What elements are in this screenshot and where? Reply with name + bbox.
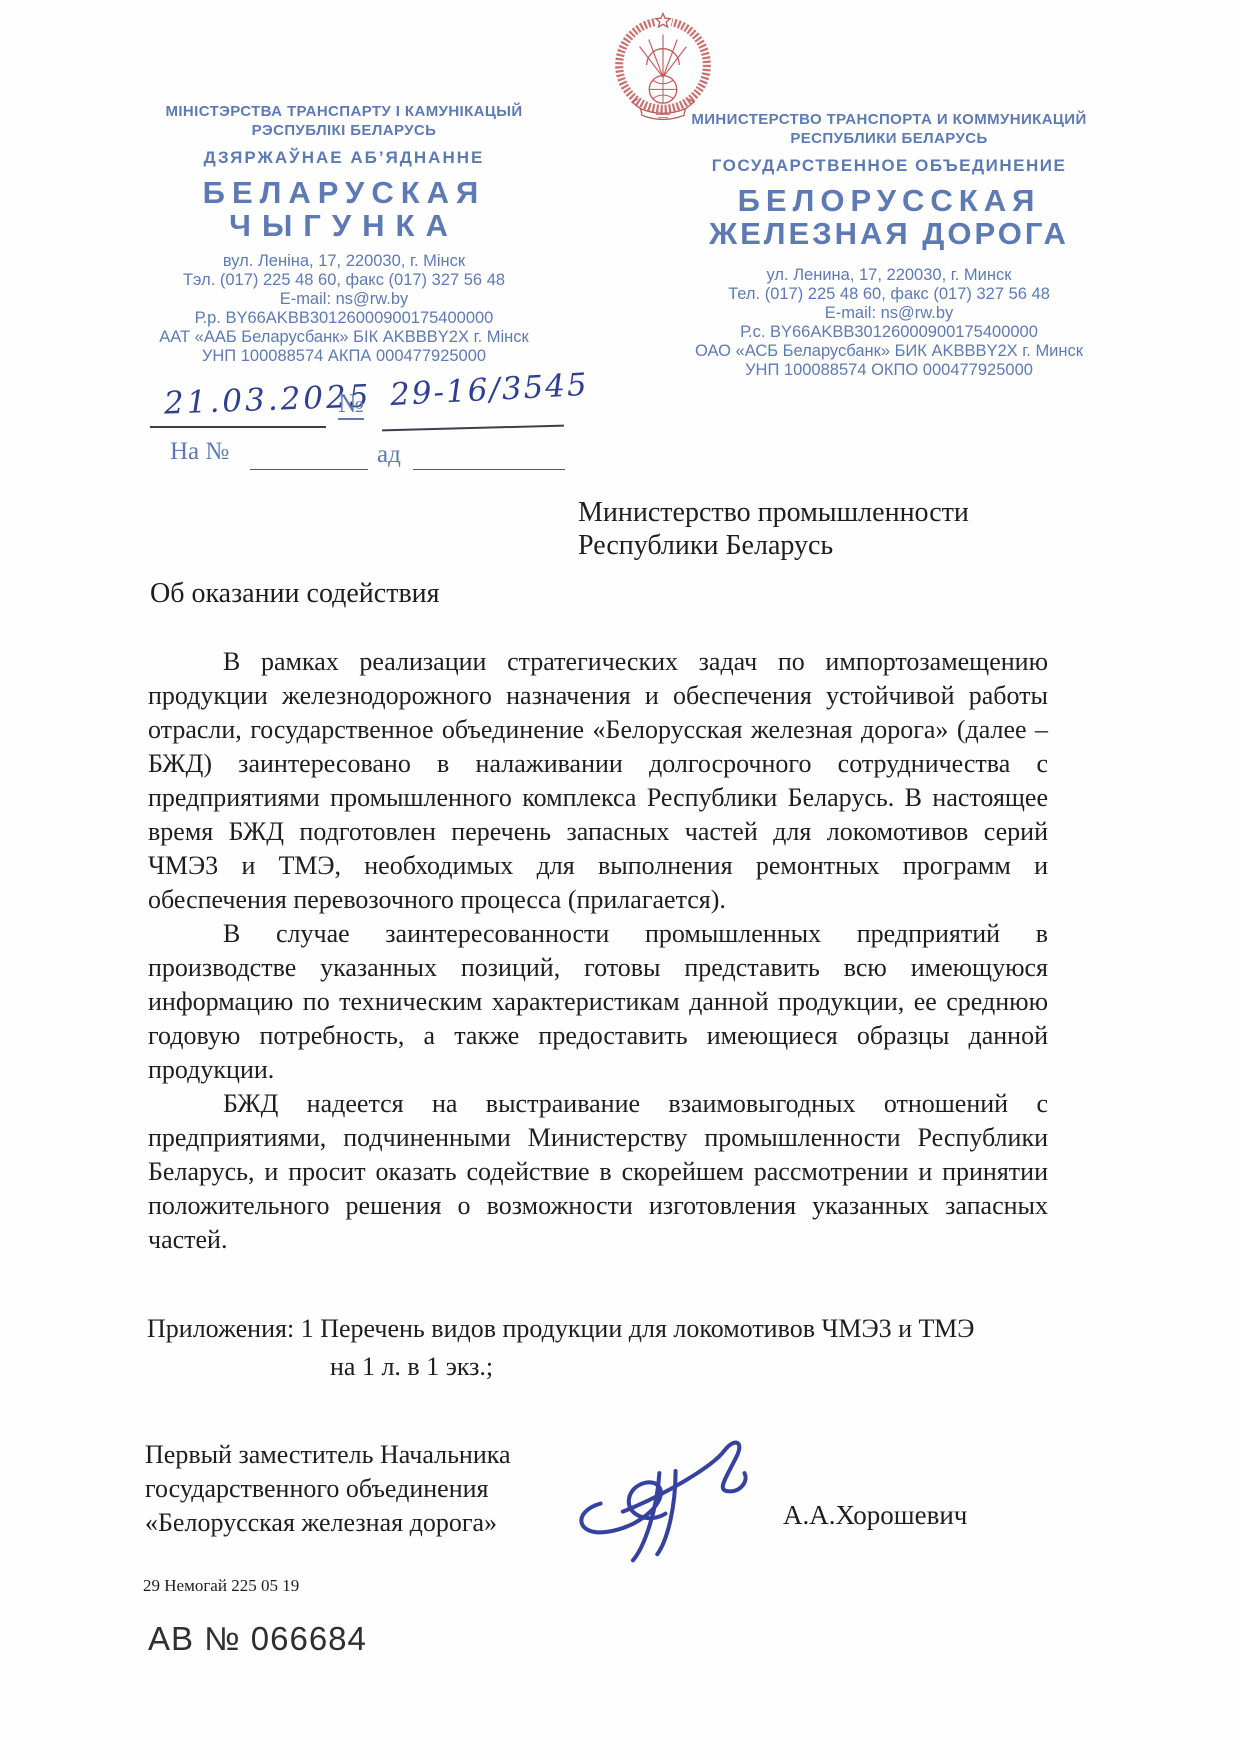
recipient-block: Министерство промышленности Республики Б…: [578, 496, 969, 562]
number-sign: №: [338, 388, 364, 420]
signer-position: Первый заместитель Начальника государств…: [145, 1438, 511, 1540]
org-name-ru-2: ЖЕЛЕЗНАЯ ДОРОГА: [652, 217, 1126, 250]
reply-date-blank: [413, 469, 565, 470]
body-paragraph-1: В рамках реализации стратегических задач…: [148, 645, 1048, 917]
bank-ru: ОАО «АСБ Беларусбанк» БИК AKBBBY2X г. Ми…: [652, 342, 1126, 361]
subject-line: Об оказании содействия: [150, 578, 440, 610]
letter-page: МІНІСТЭРСТВА ТРАНСПАРТУ І КАМУНІКАЦЫЙ РЭ…: [0, 0, 1242, 1755]
belarus-coat-of-arms-icon: [612, 12, 714, 124]
ministry-country-by: РЭСПУБЛІКІ БЕЛАРУСЬ: [128, 121, 560, 140]
address-by: вул. Леніна, 17, 220030, г. Мінск: [128, 252, 560, 271]
reply-to-label: На №: [170, 438, 229, 466]
email-ru: E-mail: ns@rw.by: [652, 304, 1126, 323]
executor-note: 29 Немогай 225 05 19: [143, 1576, 299, 1596]
codes-ru: УНП 100088574 ОКПО 000477925000: [652, 361, 1126, 380]
org-name-ru-1: БЕЛОРУССКАЯ: [652, 184, 1126, 217]
number-underline: [382, 425, 564, 432]
org-name-by-1: БЕЛАРУСКАЯ: [128, 176, 560, 209]
ministry-country-ru: РЕСПУБЛИКИ БЕЛАРУСЬ: [652, 129, 1126, 148]
date-underline: [150, 426, 326, 428]
account-ru: Р.с. BY66AKBB30126000900175400000: [652, 323, 1126, 342]
reply-number-blank: [250, 469, 368, 470]
signer-position-line-2: государственного объединения: [145, 1472, 511, 1506]
signature-ink: [562, 1432, 780, 1570]
phone-ru: Тел. (017) 225 48 60, факс (017) 327 56 …: [652, 285, 1126, 304]
letterhead-form-number: АВ № 066684: [148, 1620, 367, 1658]
account-by: Р.р. BY66AKBB30126000900175400000: [128, 309, 560, 328]
letter-body: В рамках реализации стратегических задач…: [148, 645, 1048, 1257]
letterhead-belarusian: МІНІСТЭРСТВА ТРАНСПАРТУ І КАМУНІКАЦЫЙ РЭ…: [128, 102, 560, 366]
handwritten-outgoing-number: 29-16/3545: [389, 367, 589, 413]
attachment-line-2: на 1 л. в 1 экз.;: [330, 1352, 493, 1382]
attachment-line-1: Приложения: 1 Перечень видов продукции д…: [147, 1314, 974, 1344]
codes-by: УНП 100088574 АКПА 000477925000: [128, 347, 560, 366]
signer-position-line-3: «Белорусская железная дорога»: [145, 1506, 511, 1540]
signer-position-line-1: Первый заместитель Начальника: [145, 1438, 511, 1472]
org-name-by-2: ЧЫГУНКА: [128, 209, 560, 242]
letterhead-russian: МИНИСТЕРСТВО ТРАНСПОРТА И КОММУНИКАЦИЙ Р…: [652, 110, 1126, 380]
association-by: ДЗЯРЖАЎНАЕ АБ’ЯДНАННЕ: [128, 147, 560, 169]
signer-name: А.А.Хорошевич: [783, 1500, 967, 1531]
body-paragraph-3: БЖД надеется на выстраивание взаимовыгод…: [148, 1087, 1048, 1257]
ministry-name-by: МІНІСТЭРСТВА ТРАНСПАРТУ І КАМУНІКАЦЫЙ: [128, 102, 560, 121]
phone-by: Тэл. (017) 225 48 60, факс (017) 327 56 …: [128, 271, 560, 290]
recipient-line-2: Республики Беларусь: [578, 529, 969, 562]
reply-from-label: ад: [377, 441, 401, 469]
body-paragraph-2: В случае заинтересованности промышленных…: [148, 917, 1048, 1087]
emblem-rays: [640, 34, 687, 77]
email-by: E-mail: ns@rw.by: [128, 290, 560, 309]
association-ru: ГОСУДАРСТВЕННОЕ ОБЪЕДИНЕНИЕ: [652, 155, 1126, 177]
ministry-name-ru: МИНИСТЕРСТВО ТРАНСПОРТА И КОММУНИКАЦИЙ: [652, 110, 1126, 129]
recipient-line-1: Министерство промышленности: [578, 496, 969, 529]
emblem-star: [656, 14, 670, 27]
address-ru: ул. Ленина, 17, 220030, г. Минск: [652, 266, 1126, 285]
bank-by: ААТ «ААБ Беларусбанк» БІК AKBBBY2X г. Мі…: [128, 328, 560, 347]
